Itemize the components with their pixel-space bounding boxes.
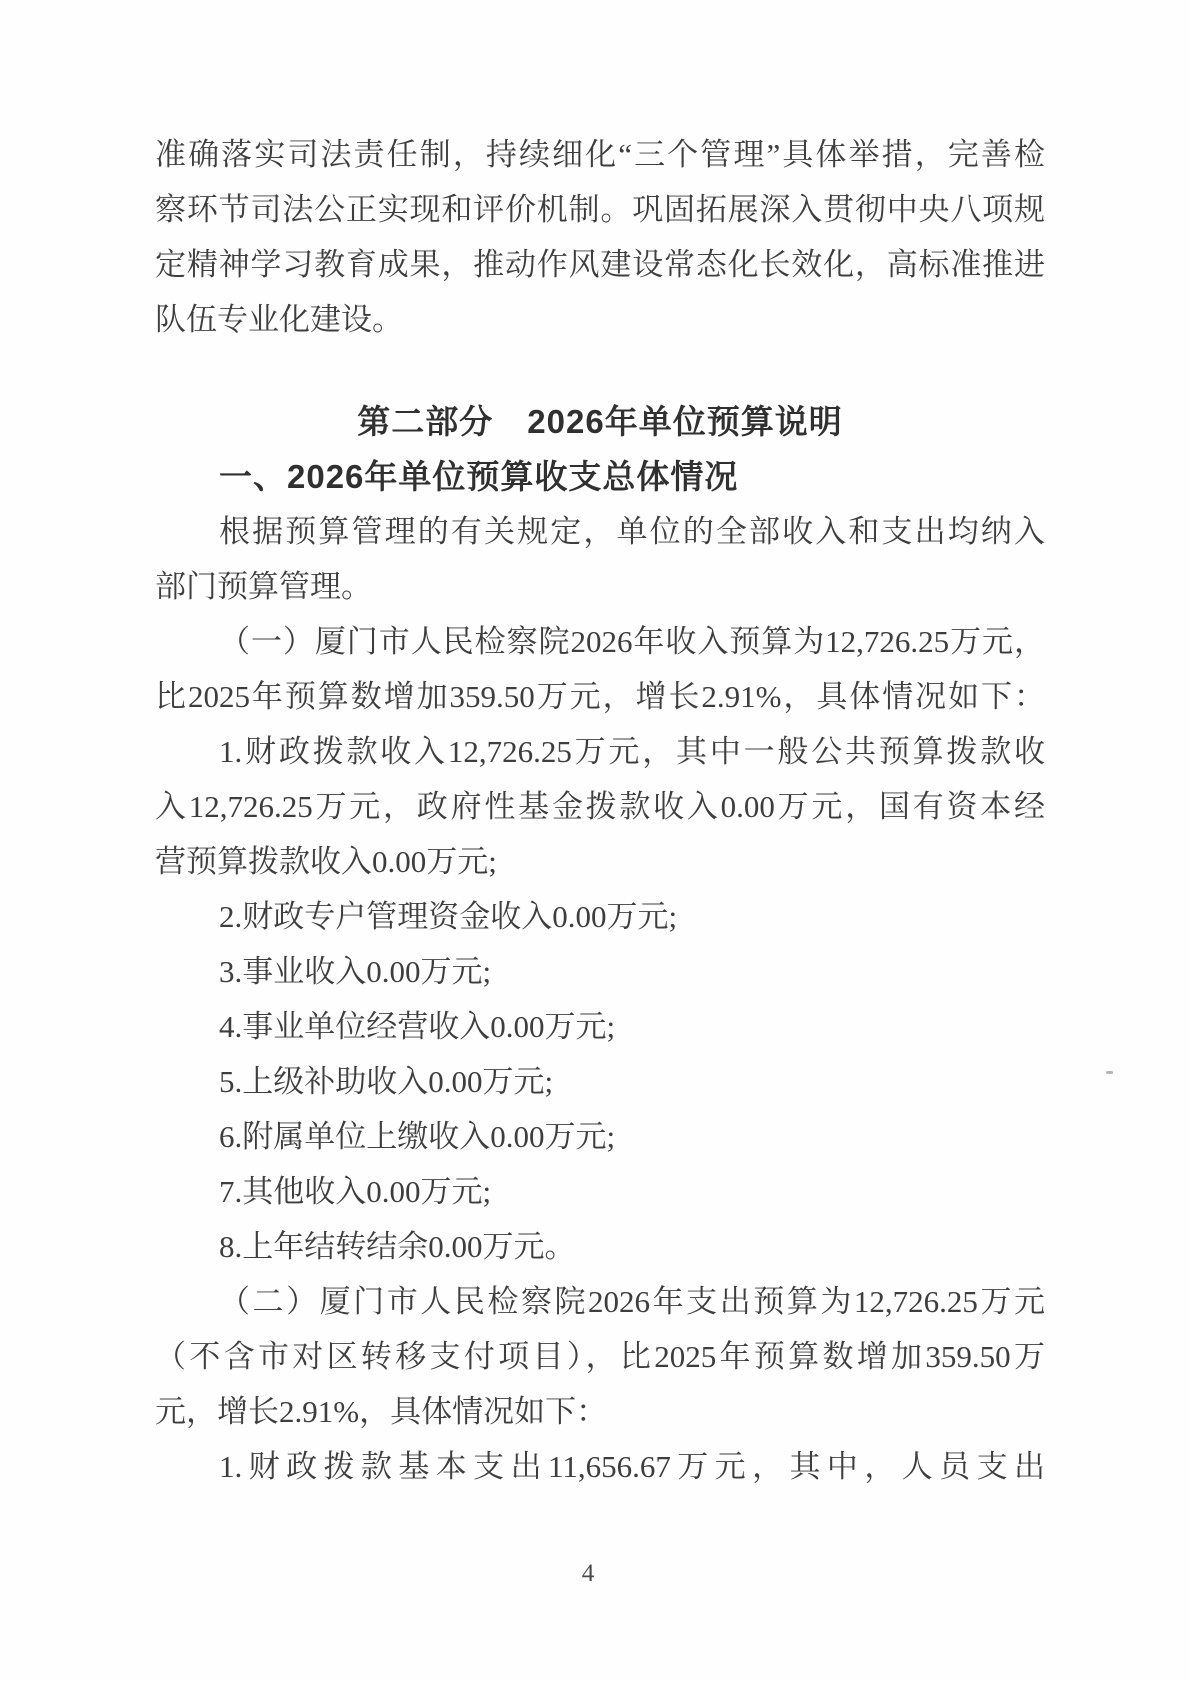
body-text-line: 6.附属单位上缴收入0.00万元; xyxy=(155,1109,1045,1164)
body-text-line: 部门预算管理。 xyxy=(155,559,1045,614)
document-body: 准确落实司法责任制，持续细化“三个管理”具体举措，完善检 察环节司法公正实现和评… xyxy=(155,127,1045,1494)
body-text-line: 察环节司法公正实现和评价机制。巩固拓展深入贯彻中央八项规 xyxy=(155,182,1045,237)
body-text-line: 营预算拨款收入0.00万元; xyxy=(155,834,1045,889)
body-text-line: 准确落实司法责任制，持续细化“三个管理”具体举措，完善检 xyxy=(155,127,1045,182)
body-text-line: （二）厦门市人民检察院2026年支出预算为12,726.25万元 xyxy=(155,1274,1045,1329)
body-text-line: 1.财政拨款基本支出11,656.67万元，其中，人员支出 xyxy=(155,1439,1045,1494)
body-text-line: 根据预算管理的有关规定，单位的全部收入和支出均纳入 xyxy=(155,504,1045,559)
body-text-line: 5.上级补助收入0.00万元; xyxy=(155,1054,1045,1109)
section1-heading: 一、2026年单位预算收支总体情况 xyxy=(155,449,1045,504)
body-text-line: 8.上年结转结余0.00万元。 xyxy=(155,1219,1045,1274)
page-number: 4 xyxy=(0,1560,1176,1588)
body-text-line: （不含市对区转移支付项目），比2025年预算数增加359.50万 xyxy=(155,1329,1045,1384)
body-text-line: 定精神学习教育成果，推动作风建设常态化长效化，高标准推进 xyxy=(155,237,1045,292)
body-text-line: （一）厦门市人民检察院2026年收入预算为12,726.25万元， xyxy=(155,614,1045,669)
body-text-line: 入12,726.25万元，政府性基金拨款收入0.00万元，国有资本经 xyxy=(155,779,1045,834)
scan-speckle-artifact xyxy=(1106,1071,1113,1074)
body-text-line: 3.事业收入0.00万元; xyxy=(155,944,1045,999)
document-page: 准确落实司法责任制，持续细化“三个管理”具体举措，完善检 察环节司法公正实现和评… xyxy=(0,0,1190,1682)
body-text-line: 1.财政拨款收入12,726.25万元，其中一般公共预算拨款收 xyxy=(155,724,1045,779)
body-text-line: 队伍专业化建设。 xyxy=(155,292,1045,347)
body-text-line: 4.事业单位经营收入0.00万元; xyxy=(155,999,1045,1054)
body-text-line: 比2025年预算数增加359.50万元，增长2.91%，具体情况如下： xyxy=(155,669,1045,724)
body-text-line: 2.财政专户管理资金收入0.00万元; xyxy=(155,889,1045,944)
body-text-line: 元，增长2.91%，具体情况如下： xyxy=(155,1384,1045,1439)
body-text-line: 7.其他收入0.00万元; xyxy=(155,1164,1045,1219)
part2-heading: 第二部分 2026年单位预算说明 xyxy=(155,394,1045,449)
